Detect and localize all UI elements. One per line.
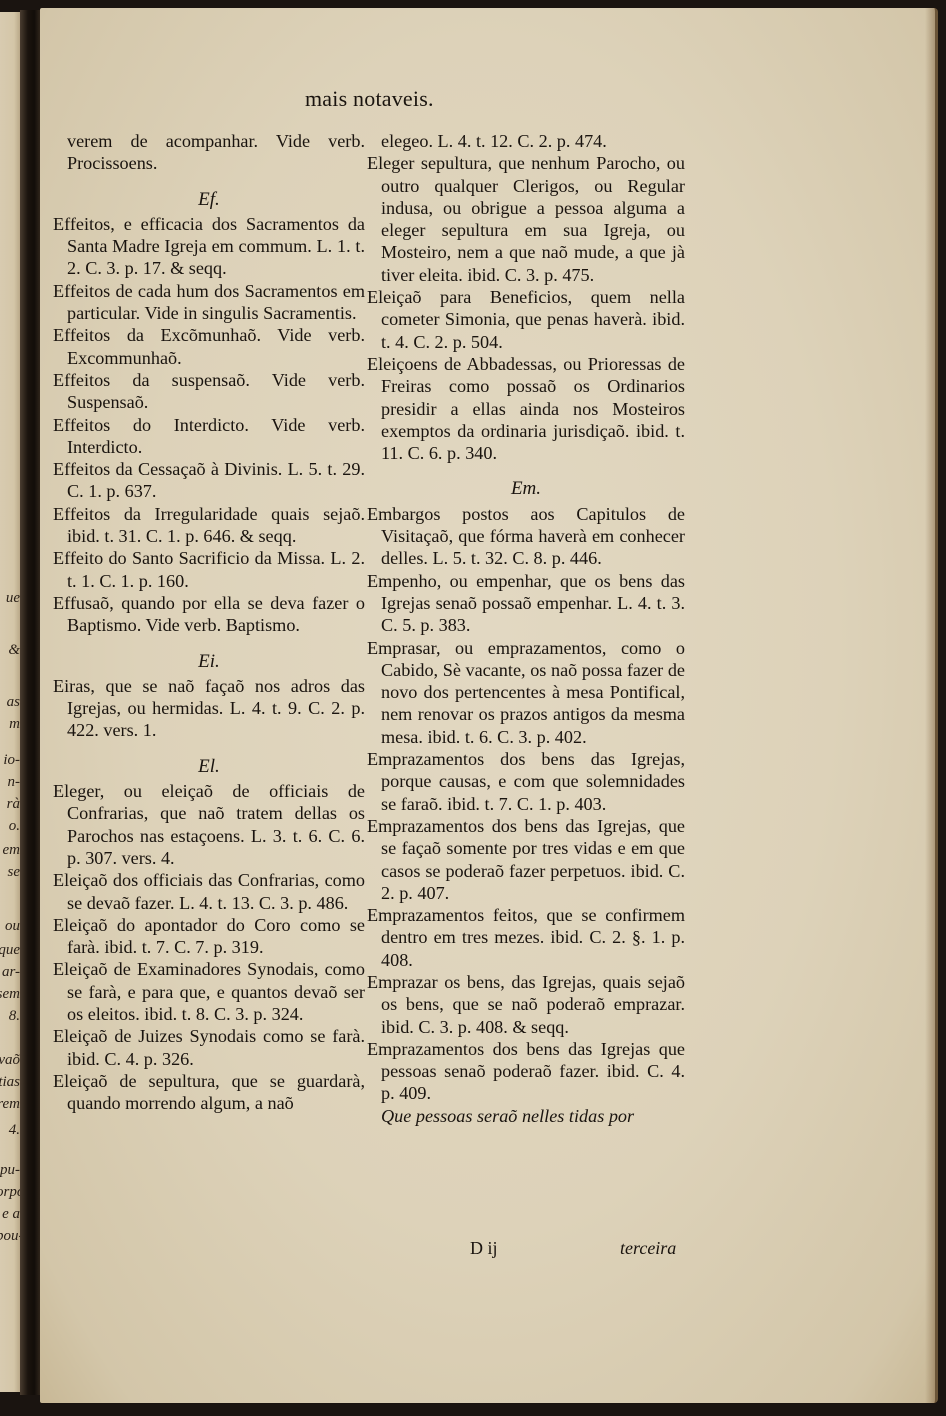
facing-fragment: se [0,864,20,881]
section-heading-el: El. [53,756,365,778]
index-entry: Embargos postos aos Capitulos de Visitaç… [367,503,685,570]
index-entry: Effeitos, e efficacia dos Sacramentos da… [53,213,365,280]
facing-fragment: o. [0,818,20,835]
index-entry: Emprazamentos dos bens das Igrejas, que … [367,815,685,904]
facing-fragment: orpo [0,1184,20,1201]
index-entry: Eleiçaõ para Beneficios, quem nella come… [367,286,685,353]
facing-fragment: n- [0,774,20,791]
facing-fragment: que [0,942,20,959]
index-entry: Eleiçoens de Abbadessas, ou Prioressas d… [367,353,685,464]
index-entry: Empenho, ou empenhar, que os bens das Ig… [367,570,685,637]
index-entry: Eleger sepultura, que nenhum Parocho, ou… [367,152,685,286]
index-entry: Effeitos do Interdicto. Vide verb. Inter… [53,414,365,459]
facing-fragment: tias [0,1074,20,1091]
facing-fragment: ou [0,918,20,935]
index-entry: Emprazamentos dos bens das Igrejas que p… [367,1038,685,1105]
facing-fragment: pu- [0,1162,20,1179]
facing-fragment: m [0,716,20,733]
index-entry: Effusaõ, quando por ella se deva fazer o… [53,592,365,637]
facing-fragment: e a [0,1206,20,1223]
index-entry-continuation: verem de acompanhar. Vide verb. Procisso… [53,130,365,175]
index-entry: Eleiçaõ do apontador do Coro como se far… [53,914,365,959]
index-entry: Eleiçaõ de Examinadores Synodais, como s… [53,958,365,1025]
catchword: terceira [620,1238,676,1259]
section-heading-ei: Ei. [53,651,365,673]
index-entry: Effeitos de cada hum dos Sacramentos em … [53,280,365,325]
index-entry: Emprasar, ou emprazamentos, como o Cabid… [367,637,685,748]
index-entry: Eleiçaõ de Juizes Synodais como se farà.… [53,1025,365,1070]
index-entry-continuation: elegeo. L. 4. t. 12. C. 2. p. 474. [367,130,685,152]
index-entry: Emprazamentos dos bens das Igrejas, porq… [367,748,685,815]
facing-fragment: rem [0,1096,20,1113]
facing-fragment: as [0,694,20,711]
index-column-right: elegeo. L. 4. t. 12. C. 2. p. 474. Elege… [367,130,685,1127]
book-page: mais notaveis. verem de acompanhar. Vide… [40,8,938,1403]
index-entry: Effeitos da Cessaçaõ à Divinis. L. 5. t.… [53,458,365,503]
facing-fragment: bou- [0,1228,20,1245]
facing-fragment: em [0,842,20,859]
facing-fragment: & [0,642,20,659]
index-entry: Eleiçaõ dos officiais das Confrarias, co… [53,869,365,914]
index-entry: Eleger, ou eleiçaõ de officiais de Confr… [53,780,365,869]
index-entry: Effeitos da Irregularidade quais sejaõ. … [53,503,365,548]
facing-fragment: ar- [0,964,20,981]
facing-fragment: 4. [0,1122,20,1139]
section-heading-em: Em. [367,478,685,500]
index-entry: Effeito do Santo Sacrificio da Missa. L.… [53,547,365,592]
index-entry: Eiras, que se naõ façaõ nos adros das Ig… [53,675,365,742]
index-column-left: verem de acompanhar. Vide verb. Procisso… [53,130,365,1114]
facing-fragment: rà [0,796,20,813]
index-entry: Effeitos da Excõmunhaõ. Vide verb. Excom… [53,324,365,369]
facing-fragment: ue [0,590,20,607]
facing-page-edge: ue & as m io- n- rà o. em se ou que ar- … [0,12,20,1392]
facing-fragment: 8. [0,1008,20,1025]
facing-fragment: vaõ [0,1052,20,1069]
facing-fragment: sem [0,986,20,1003]
index-entry-continuation: Que pessoas seraõ nelles tidas por [367,1105,685,1127]
section-heading-ef: Ef. [53,189,365,211]
index-entry: Eleiçaõ de sepultura, que se guardarà, q… [53,1070,365,1115]
facing-fragment: io- [0,752,20,769]
index-entry: Emprazamentos feitos, que se confirmem d… [367,904,685,971]
index-entry: Emprazar os bens, das Igrejas, quais sej… [367,971,685,1038]
signature-mark: D ij [470,1238,498,1259]
index-entry: Effeitos da suspensaõ. Vide verb. Suspen… [53,369,365,414]
running-head: mais notaveis. [305,86,434,112]
